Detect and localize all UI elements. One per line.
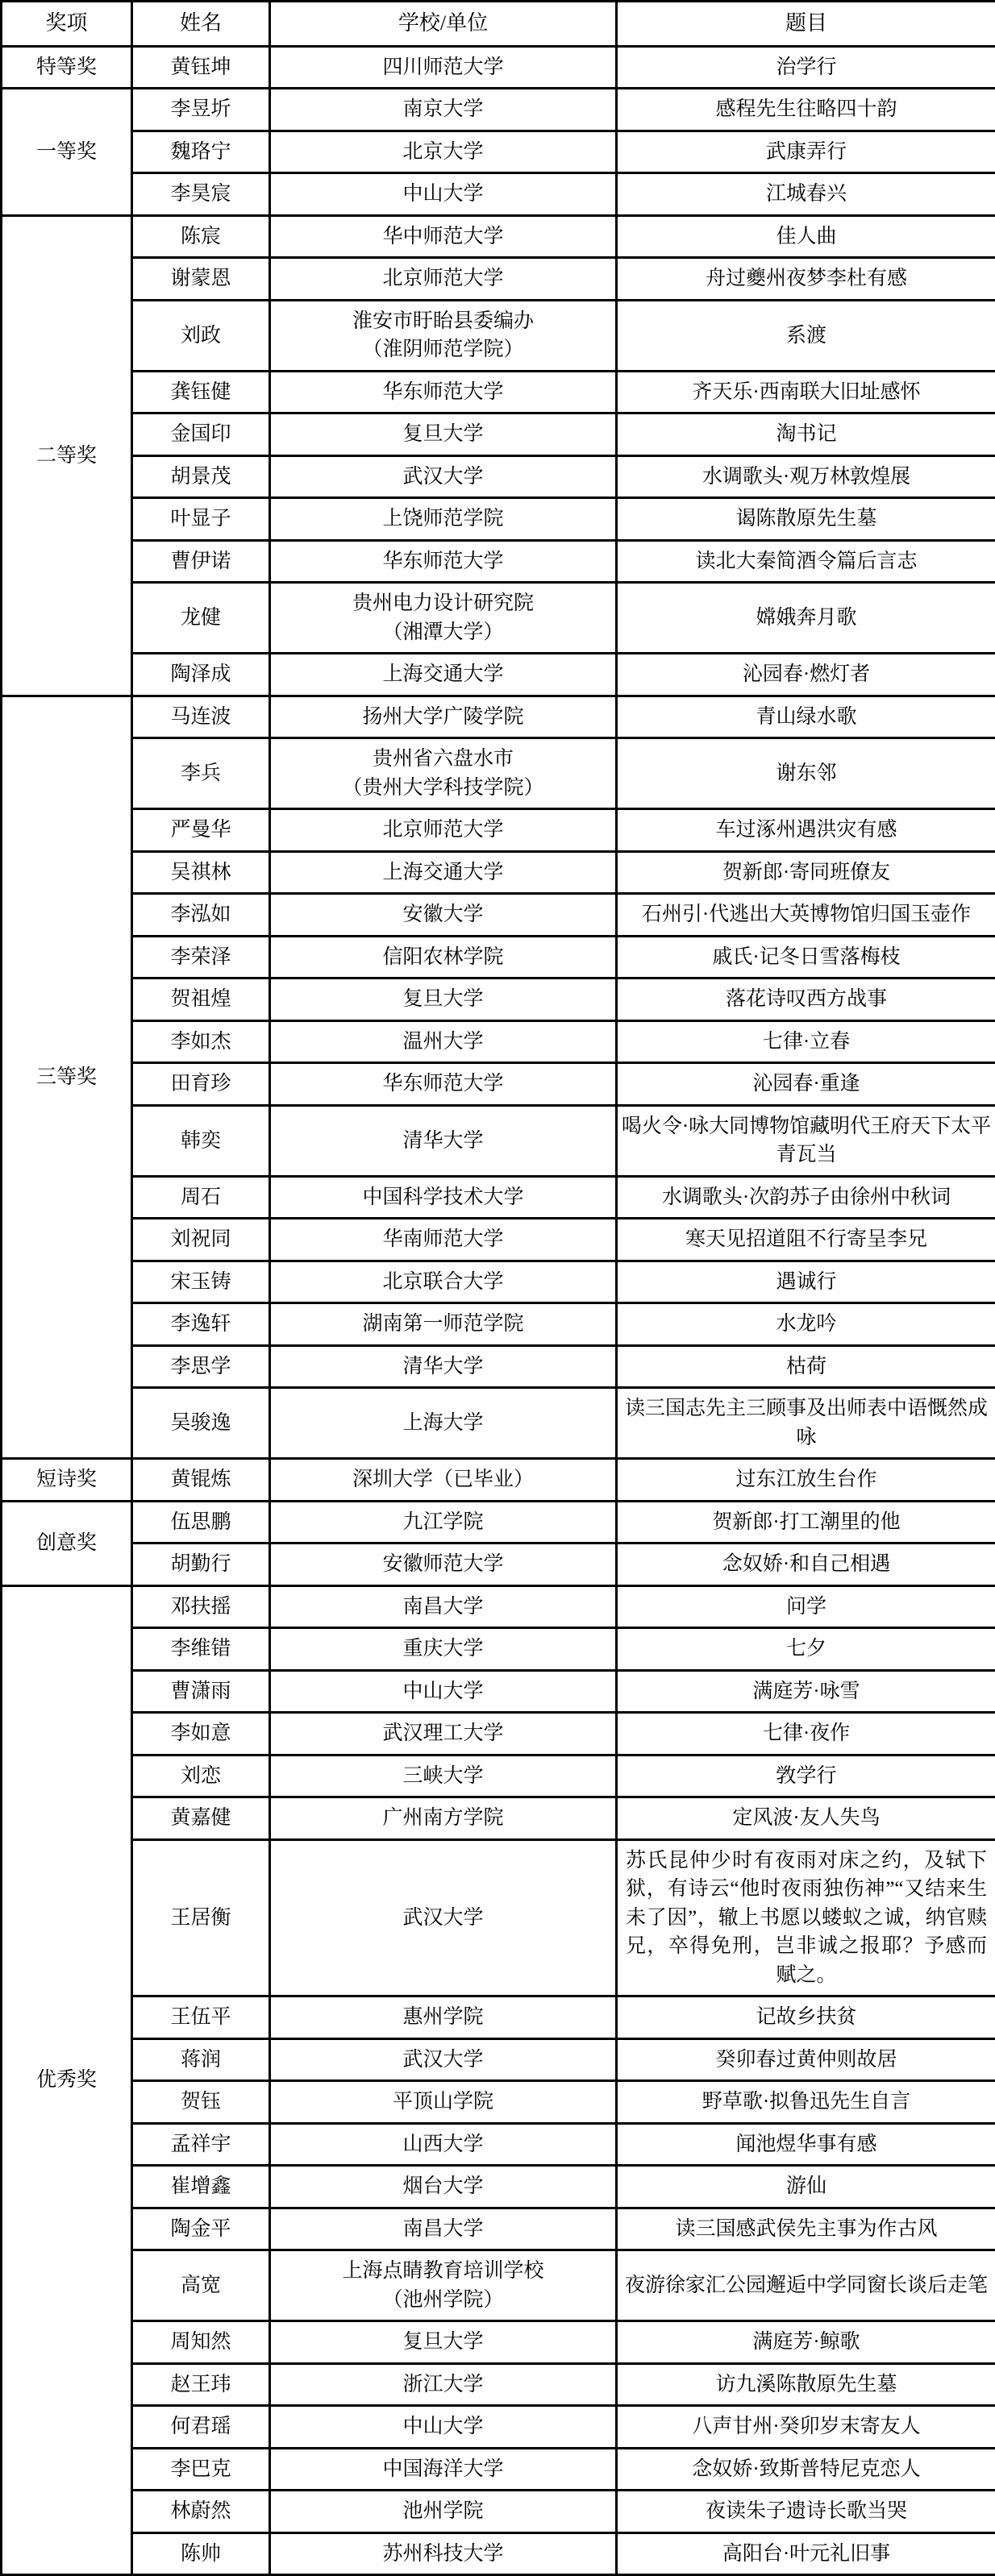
school-cell: 北京师范大学: [270, 809, 617, 852]
table-row: 陶泽成上海交通大学沁园春·燃灯者: [2, 654, 995, 696]
name-cell: 陈帅: [132, 2532, 270, 2575]
table-row: 蒋润武汉大学癸卯春过黄仲则故居: [2, 2038, 995, 2081]
school-cell: 三峡大学: [270, 1755, 617, 1797]
school-cell: 复旦大学: [270, 2321, 617, 2364]
school-cell: 上海点睛教育培训学校 （池州学院）: [270, 2250, 617, 2321]
name-cell: 李昊宸: [132, 173, 270, 216]
title-cell: 念奴娇·致斯普特尼克恋人: [617, 2448, 995, 2491]
title-cell: 江城春兴: [617, 173, 995, 216]
name-cell: 吴骏逸: [132, 1388, 270, 1459]
school-cell: 华中师范大学: [270, 215, 617, 258]
school-cell: 贵州电力设计研究院 （湘潭大学）: [270, 583, 617, 654]
table-row: 李如杰温州大学七律·立春: [2, 1020, 995, 1063]
title-cell: 齐天乐·西南联大旧址感怀: [617, 371, 995, 413]
title-cell: 高阳台·叶元礼旧事: [617, 2532, 995, 2575]
title-cell: 青山绿水歌: [617, 696, 995, 738]
table-row: 韩奕清华大学喝火令·咏大同博物馆藏明代王府天下太平青瓦当: [2, 1105, 995, 1176]
table-row: 李逸轩湖南第一师范学院水龙吟: [2, 1303, 995, 1346]
name-cell: 曹伊诺: [132, 540, 270, 583]
school-cell: 淮安市盱眙县委编办 （淮阴师范学院）: [270, 300, 617, 371]
award-category-cell: 短诗奖: [2, 1459, 132, 1502]
title-cell: 七律·立春: [617, 1020, 995, 1063]
school-cell: 南昌大学: [270, 1585, 617, 1628]
school-cell: 浙江大学: [270, 2363, 617, 2406]
header-school: 学校/单位: [270, 2, 617, 47]
name-cell: 周知然: [132, 2321, 270, 2364]
school-cell: 复旦大学: [270, 413, 617, 456]
name-cell: 孟祥宇: [132, 2123, 270, 2166]
school-cell: 上海交通大学: [270, 654, 617, 696]
name-cell: 韩奕: [132, 1105, 270, 1176]
title-cell: 敩学行: [617, 1755, 995, 1797]
title-cell: 石州引·代逃出大英博物馆归国玉壶作: [617, 894, 995, 937]
name-cell: 刘政: [132, 300, 270, 371]
school-cell: 北京师范大学: [270, 258, 617, 301]
title-cell: 读三国感武侯先主事为作古风: [617, 2208, 995, 2250]
name-cell: 伍思鹏: [132, 1501, 270, 1544]
school-cell: 池州学院: [270, 2491, 617, 2533]
school-cell: 华东师范大学: [270, 371, 617, 413]
table-row: 李昊宸中山大学江城春兴: [2, 173, 995, 216]
table-row: 龚钰健华东师范大学齐天乐·西南联大旧址感怀: [2, 371, 995, 413]
title-cell: 感程先生往略四十韵: [617, 89, 995, 131]
name-cell: 黄钰坤: [132, 46, 270, 89]
title-cell: 治学行: [617, 46, 995, 89]
school-cell: 山西大学: [270, 2123, 617, 2166]
name-cell: 王伍平: [132, 1996, 270, 2039]
table-row: 优秀奖邓扶摇南昌大学问学: [2, 1585, 995, 1628]
header-name: 姓名: [132, 2, 270, 47]
school-cell: 武汉大学: [270, 1839, 617, 1996]
table-row: 李思学清华大学枯荷: [2, 1345, 995, 1388]
table-row: 谢蒙恩北京师范大学舟过夔州夜梦李杜有感: [2, 258, 995, 301]
name-cell: 胡景茂: [132, 455, 270, 498]
title-cell: 舟过夔州夜梦李杜有感: [617, 258, 995, 301]
name-cell: 贺钰: [132, 2081, 270, 2124]
awards-page: 奖项 姓名 学校/单位 题目 特等奖黄钰坤四川师范大学治学行一等奖李昱圻南京大学…: [0, 0, 995, 2576]
title-cell: 夜游徐家汇公园邂逅中学同窗长谈后走笔: [617, 2250, 995, 2321]
school-cell: 中山大学: [270, 2406, 617, 2449]
title-cell: 七律·夜作: [617, 1713, 995, 1755]
title-cell: 野草歌·拟鲁迅先生自言: [617, 2081, 995, 2124]
table-row: 短诗奖黄锟炼深圳大学（已毕业）过东江放生台作: [2, 1459, 995, 1502]
table-row: 曹伊诺华东师范大学读北大秦简酒令篇后言志: [2, 540, 995, 583]
name-cell: 龚钰健: [132, 371, 270, 413]
school-cell: 湖南第一师范学院: [270, 1303, 617, 1346]
name-cell: 何君瑶: [132, 2406, 270, 2449]
school-cell: 安徽大学: [270, 894, 617, 937]
title-cell: 枯荷: [617, 1345, 995, 1388]
name-cell: 李如意: [132, 1713, 270, 1755]
table-row: 宋玉铸北京联合大学遇诚行: [2, 1261, 995, 1303]
table-row: 魏珞宁北京大学武康弄行: [2, 131, 995, 173]
table-row: 贺祖煌复旦大学落花诗叹西方战事: [2, 978, 995, 1021]
title-cell: 游仙: [617, 2166, 995, 2208]
title-cell: 八声甘州·癸卯岁末寄友人: [617, 2406, 995, 2449]
school-cell: 华东师范大学: [270, 1063, 617, 1106]
table-row: 曹潇雨中山大学满庭芳·咏雪: [2, 1670, 995, 1713]
school-cell: 九江学院: [270, 1501, 617, 1544]
school-cell: 安徽师范大学: [270, 1544, 617, 1586]
table-row: 孟祥宇山西大学闻池煜华事有感: [2, 2123, 995, 2166]
name-cell: 邓扶摇: [132, 1585, 270, 1628]
school-cell: 惠州学院: [270, 1996, 617, 2039]
title-cell: 喝火令·咏大同博物馆藏明代王府天下太平青瓦当: [617, 1105, 995, 1176]
title-cell: 寒天见招道阻不行寄呈李兄: [617, 1219, 995, 1261]
table-row: 田育珍华东师范大学沁园春·重逢: [2, 1063, 995, 1106]
title-cell: 访九溪陈散原先生墓: [617, 2363, 995, 2406]
award-category-cell: 一等奖: [2, 89, 132, 216]
title-cell: 系渡: [617, 300, 995, 371]
name-cell: 李巴克: [132, 2448, 270, 2491]
school-cell: 清华大学: [270, 1345, 617, 1388]
table-row: 吴骏逸上海大学读三国志先主三顾事及出师表中语慨然成咏: [2, 1388, 995, 1459]
school-cell: 信阳农林学院: [270, 936, 617, 978]
name-cell: 高宽: [132, 2250, 270, 2321]
header-title: 题目: [617, 2, 995, 47]
name-cell: 李兵: [132, 738, 270, 809]
title-cell: 闻池煜华事有感: [617, 2123, 995, 2166]
table-row: 刘政淮安市盱眙县委编办 （淮阴师范学院）系渡: [2, 300, 995, 371]
table-row: 刘恋三峡大学敩学行: [2, 1755, 995, 1797]
school-cell: 重庆大学: [270, 1628, 617, 1671]
name-cell: 李如杰: [132, 1020, 270, 1063]
school-cell: 复旦大学: [270, 978, 617, 1021]
school-cell: 四川师范大学: [270, 46, 617, 89]
name-cell: 宋玉铸: [132, 1261, 270, 1303]
table-row: 吴祺林上海交通大学贺新郎·寄同班僚友: [2, 851, 995, 894]
header-award: 奖项: [2, 2, 132, 47]
school-cell: 武汉理工大学: [270, 1713, 617, 1755]
title-cell: 沁园春·燃灯者: [617, 654, 995, 696]
title-cell: 念奴娇·和自己相遇: [617, 1544, 995, 1586]
name-cell: 龙健: [132, 583, 270, 654]
table-row: 黄嘉健广州南方学院定风波·友人失鸟: [2, 1797, 995, 1840]
awards-table: 奖项 姓名 学校/单位 题目 特等奖黄钰坤四川师范大学治学行一等奖李昱圻南京大学…: [0, 0, 995, 2576]
title-cell: 武康弄行: [617, 131, 995, 173]
table-row: 创意奖伍思鹏九江学院贺新郎·打工潮里的他: [2, 1501, 995, 1544]
school-cell: 平顶山学院: [270, 2081, 617, 2124]
title-cell: 读三国志先主三顾事及出师表中语慨然成咏: [617, 1388, 995, 1459]
table-row: 叶显子上饶师范学院谒陈散原先生墓: [2, 498, 995, 541]
table-row: 高宽上海点睛教育培训学校 （池州学院）夜游徐家汇公园邂逅中学同窗长谈后走笔: [2, 2250, 995, 2321]
table-row: 三等奖马连波扬州大学广陵学院青山绿水歌: [2, 696, 995, 738]
name-cell: 李逸轩: [132, 1303, 270, 1346]
table-row: 严曼华北京师范大学车过涿州遇洪灾有感: [2, 809, 995, 852]
title-cell: 嫦娥奔月歌: [617, 583, 995, 654]
name-cell: 曹潇雨: [132, 1670, 270, 1713]
table-row: 李巴克中国海洋大学念奴娇·致斯普特尼克恋人: [2, 2448, 995, 2491]
name-cell: 刘恋: [132, 1755, 270, 1797]
title-cell: 戚氏·记冬日雪落梅枝: [617, 936, 995, 978]
school-cell: 温州大学: [270, 1020, 617, 1063]
school-cell: 上饶师范学院: [270, 498, 617, 541]
table-row: 刘祝同华南师范大学寒天见招道阻不行寄呈李兄: [2, 1219, 995, 1261]
table-row: 王居衡武汉大学苏氏昆仲少时有夜雨对床之约，及轼下狱，有诗云“他时夜雨独伤神”“又…: [2, 1839, 995, 1996]
name-cell: 周石: [132, 1176, 270, 1219]
name-cell: 李荣泽: [132, 936, 270, 978]
school-cell: 武汉大学: [270, 455, 617, 498]
title-cell: 水龙吟: [617, 1303, 995, 1346]
title-cell: 水调歌头·次韵苏子由徐州中秋词: [617, 1176, 995, 1219]
name-cell: 黄锟炼: [132, 1459, 270, 1502]
school-cell: 清华大学: [270, 1105, 617, 1176]
name-cell: 林蔚然: [132, 2491, 270, 2533]
table-row: 李泓如安徽大学石州引·代逃出大英博物馆归国玉壶作: [2, 894, 995, 937]
name-cell: 金国印: [132, 413, 270, 456]
name-cell: 李维错: [132, 1628, 270, 1671]
name-cell: 陈宸: [132, 215, 270, 258]
school-cell: 上海交通大学: [270, 851, 617, 894]
table-row: 李兵贵州省六盘水市 （贵州大学科技学院）谢东邻: [2, 738, 995, 809]
title-cell: 车过涿州遇洪灾有感: [617, 809, 995, 852]
name-cell: 崔增鑫: [132, 2166, 270, 2208]
name-cell: 黄嘉健: [132, 1797, 270, 1840]
title-cell: 满庭芳·咏雪: [617, 1670, 995, 1713]
awards-table-body: 特等奖黄钰坤四川师范大学治学行一等奖李昱圻南京大学感程先生往略四十韵魏珞宁北京大…: [2, 46, 995, 2575]
table-row: 何君瑶中山大学八声甘州·癸卯岁末寄友人: [2, 2406, 995, 2449]
name-cell: 胡勤行: [132, 1544, 270, 1586]
name-cell: 陶金平: [132, 2208, 270, 2250]
name-cell: 王居衡: [132, 1839, 270, 1996]
table-row: 胡景茂武汉大学水调歌头·观万林敦煌展: [2, 455, 995, 498]
name-cell: 刘祝同: [132, 1219, 270, 1261]
title-cell: 夜读朱子遗诗长歌当哭: [617, 2491, 995, 2533]
name-cell: 李泓如: [132, 894, 270, 937]
title-cell: 遇诚行: [617, 1261, 995, 1303]
school-cell: 深圳大学（已毕业）: [270, 1459, 617, 1502]
title-cell: 定风波·友人失鸟: [617, 1797, 995, 1840]
name-cell: 吴祺林: [132, 851, 270, 894]
name-cell: 严曼华: [132, 809, 270, 852]
title-cell: 癸卯春过黄仲则故居: [617, 2038, 995, 2081]
title-cell: 谒陈散原先生墓: [617, 498, 995, 541]
table-row: 周石中国科学技术大学水调歌头·次韵苏子由徐州中秋词: [2, 1176, 995, 1219]
name-cell: 马连波: [132, 696, 270, 738]
school-cell: 上海大学: [270, 1388, 617, 1459]
table-row: 崔增鑫烟台大学游仙: [2, 2166, 995, 2208]
school-cell: 烟台大学: [270, 2166, 617, 2208]
table-row: 金国印复旦大学淘书记: [2, 413, 995, 456]
school-cell: 扬州大学广陵学院: [270, 696, 617, 738]
name-cell: 陶泽成: [132, 654, 270, 696]
table-row: 特等奖黄钰坤四川师范大学治学行: [2, 46, 995, 89]
school-cell: 南京大学: [270, 89, 617, 131]
name-cell: 蒋润: [132, 2038, 270, 2081]
school-cell: 贵州省六盘水市 （贵州大学科技学院）: [270, 738, 617, 809]
title-cell: 苏氏昆仲少时有夜雨对床之约，及轼下狱，有诗云“他时夜雨独伤神”“又结来生未了因”…: [617, 1839, 995, 1996]
title-cell: 佳人曲: [617, 215, 995, 258]
name-cell: 赵王玮: [132, 2363, 270, 2406]
title-cell: 落花诗叹西方战事: [617, 978, 995, 1021]
table-row: 二等奖陈宸华中师范大学佳人曲: [2, 215, 995, 258]
school-cell: 武汉大学: [270, 2038, 617, 2081]
title-cell: 记故乡扶贫: [617, 1996, 995, 2039]
title-cell: 七夕: [617, 1628, 995, 1671]
award-category-cell: 优秀奖: [2, 1585, 132, 2575]
title-cell: 读北大秦简酒令篇后言志: [617, 540, 995, 583]
school-cell: 北京联合大学: [270, 1261, 617, 1303]
table-row: 一等奖李昱圻南京大学感程先生往略四十韵: [2, 89, 995, 131]
title-cell: 过东江放生台作: [617, 1459, 995, 1502]
award-category-cell: 创意奖: [2, 1501, 132, 1585]
school-cell: 中国海洋大学: [270, 2448, 617, 2491]
name-cell: 魏珞宁: [132, 131, 270, 173]
title-cell: 淘书记: [617, 413, 995, 456]
title-cell: 贺新郎·打工潮里的他: [617, 1501, 995, 1544]
school-cell: 中山大学: [270, 1670, 617, 1713]
table-row: 胡勤行安徽师范大学念奴娇·和自己相遇: [2, 1544, 995, 1586]
title-cell: 沁园春·重逢: [617, 1063, 995, 1106]
school-cell: 华东师范大学: [270, 540, 617, 583]
name-cell: 田育珍: [132, 1063, 270, 1106]
title-cell: 水调歌头·观万林敦煌展: [617, 455, 995, 498]
school-cell: 中国科学技术大学: [270, 1176, 617, 1219]
title-cell: 谢东邻: [617, 738, 995, 809]
title-cell: 问学: [617, 1585, 995, 1628]
table-row: 陶金平南昌大学读三国感武侯先主事为作古风: [2, 2208, 995, 2250]
table-row: 陈帅苏州科技大学高阳台·叶元礼旧事: [2, 2532, 995, 2575]
table-row: 王伍平惠州学院记故乡扶贫: [2, 1996, 995, 2039]
award-category-cell: 三等奖: [2, 696, 132, 1459]
table-row: 龙健贵州电力设计研究院 （湘潭大学）嫦娥奔月歌: [2, 583, 995, 654]
school-cell: 苏州科技大学: [270, 2532, 617, 2575]
title-cell: 贺新郎·寄同班僚友: [617, 851, 995, 894]
name-cell: 谢蒙恩: [132, 258, 270, 301]
table-row: 林蔚然池州学院夜读朱子遗诗长歌当哭: [2, 2491, 995, 2533]
name-cell: 李昱圻: [132, 89, 270, 131]
school-cell: 华南师范大学: [270, 1219, 617, 1261]
award-category-cell: 特等奖: [2, 46, 132, 89]
header-row: 奖项 姓名 学校/单位 题目: [2, 2, 995, 47]
name-cell: 贺祖煌: [132, 978, 270, 1021]
table-row: 李荣泽信阳农林学院戚氏·记冬日雪落梅枝: [2, 936, 995, 978]
awards-table-header: 奖项 姓名 学校/单位 题目: [2, 2, 995, 47]
table-row: 赵王玮浙江大学访九溪陈散原先生墓: [2, 2363, 995, 2406]
name-cell: 叶显子: [132, 498, 270, 541]
name-cell: 李思学: [132, 1345, 270, 1388]
title-cell: 满庭芳·鲸歌: [617, 2321, 995, 2364]
table-row: 李如意武汉理工大学七律·夜作: [2, 1713, 995, 1755]
table-row: 周知然复旦大学满庭芳·鲸歌: [2, 2321, 995, 2364]
school-cell: 北京大学: [270, 131, 617, 173]
school-cell: 中山大学: [270, 173, 617, 216]
school-cell: 南昌大学: [270, 2208, 617, 2250]
table-row: 李维错重庆大学七夕: [2, 1628, 995, 1671]
school-cell: 广州南方学院: [270, 1797, 617, 1840]
award-category-cell: 二等奖: [2, 215, 132, 696]
table-row: 贺钰平顶山学院野草歌·拟鲁迅先生自言: [2, 2081, 995, 2124]
